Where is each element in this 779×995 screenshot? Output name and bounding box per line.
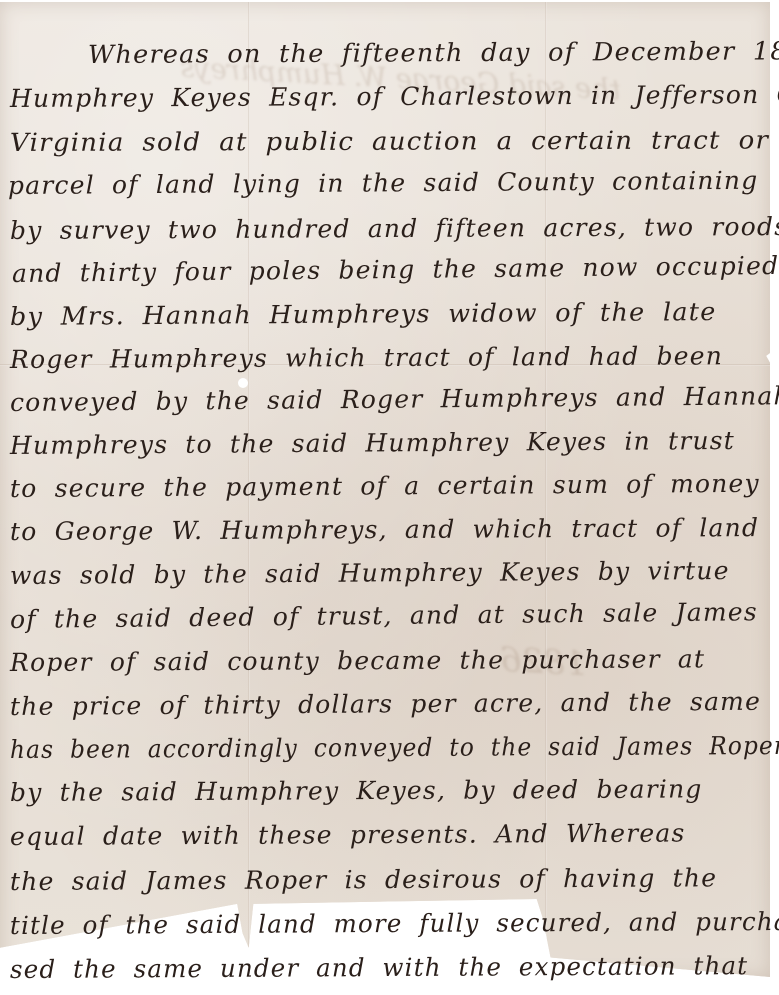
text-line: to George W. Humphreys, and which tract … (10, 513, 759, 546)
text-line: Humphreys to the said Humphrey Keyes in … (10, 426, 735, 460)
text-line: parcel of land lying in the said County … (8, 166, 759, 200)
text-line: Whereas on the fifteenth day of December… (88, 36, 779, 69)
text-line: equal date with these presents. And Wher… (10, 818, 686, 851)
text-line: Roper of said county became the purchase… (10, 644, 705, 677)
text-line: Humphrey Keyes Esqr. of Charlestown in J… (10, 79, 779, 113)
text-line: by survey two hundred and fifteen acres,… (10, 212, 779, 245)
text-line: by the said Humphrey Keyes, by deed bear… (10, 774, 703, 807)
text-line: by Mrs. Hannah Humphreys widow of the la… (10, 297, 717, 331)
text-line: to secure the payment of a certain sum o… (10, 469, 760, 503)
text-line: the price of thirty dollars per acre, an… (10, 687, 761, 721)
text-line: sed the same under and with the expectat… (10, 951, 748, 984)
text-line: Virginia sold at public auction a certai… (10, 125, 769, 157)
text-line: has been accordingly conveyed to the sai… (10, 731, 779, 764)
text-line: the said James Roper is desirous of havi… (10, 863, 717, 896)
text-line: was sold by the said Humphrey Keyes by v… (10, 556, 730, 590)
text-line: title of the said land more fully secure… (10, 907, 779, 940)
text-line: Roger Humphreys which tract of land had … (10, 341, 723, 374)
